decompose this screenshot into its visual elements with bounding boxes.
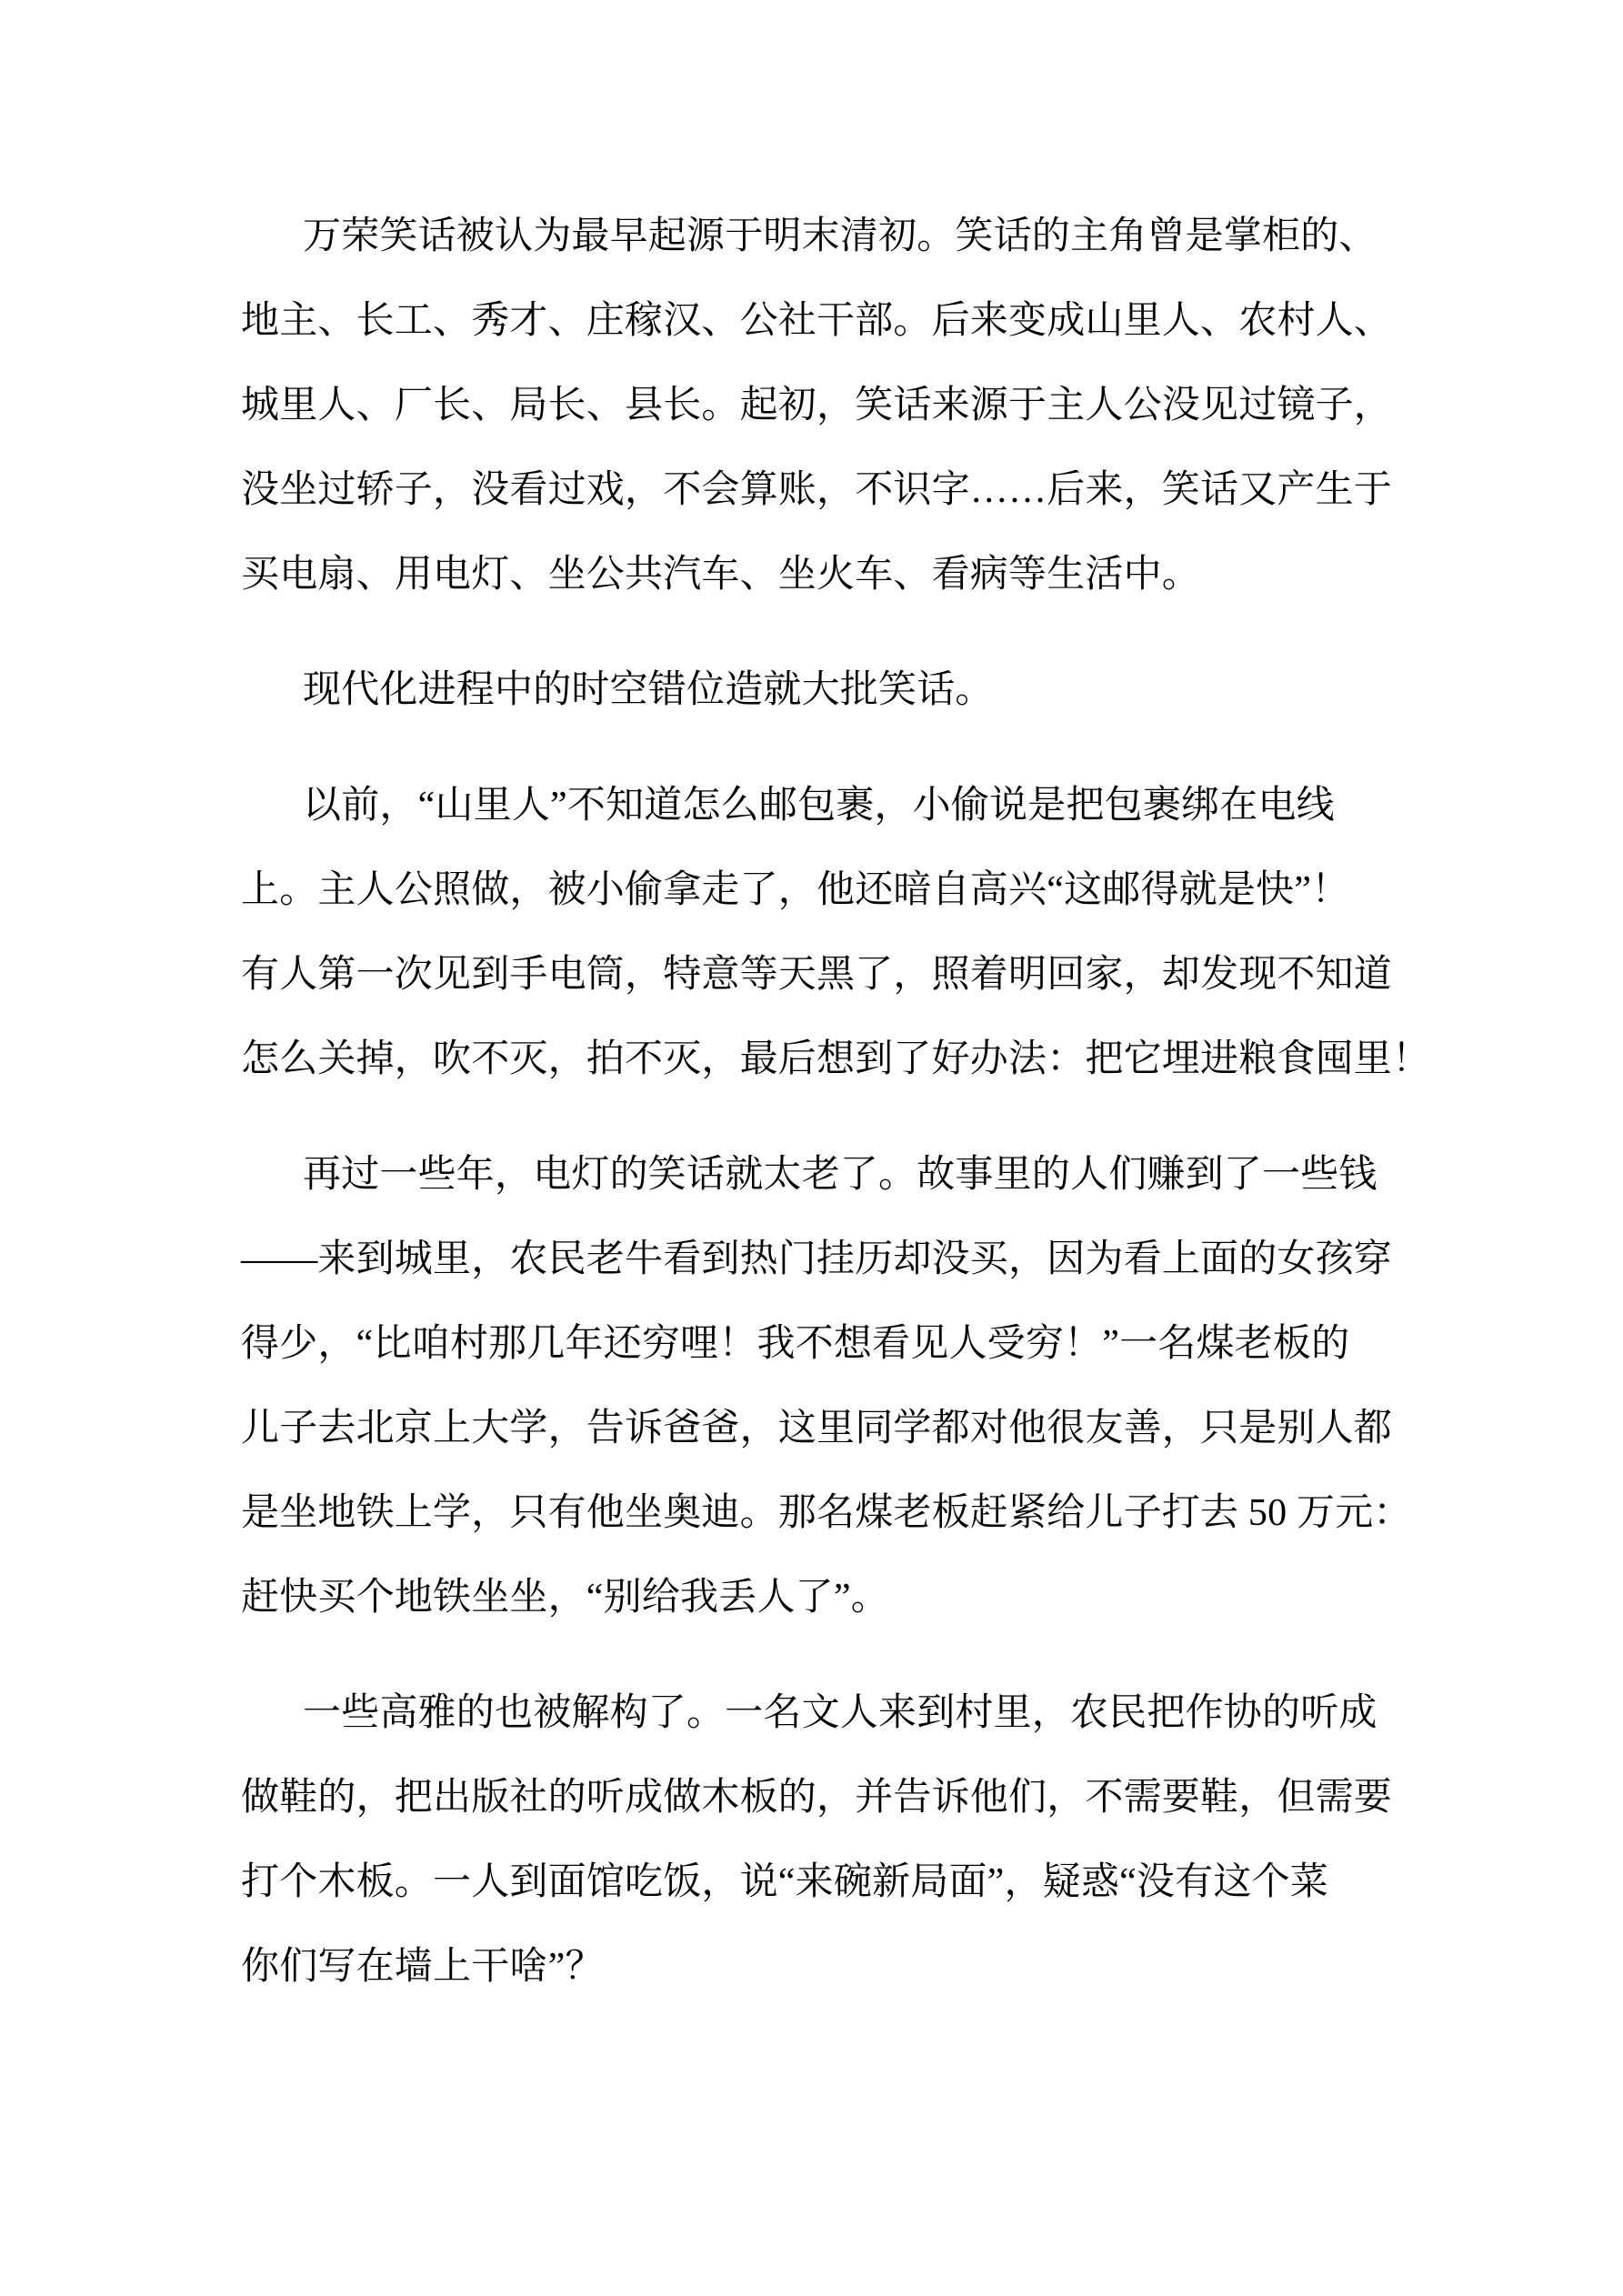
text-line: 地主、长工、秀才、庄稼汉、公社干部。后来变成山里人、农村人、 xyxy=(241,279,1405,364)
text-line: 没坐过轿子，没看过戏，不会算账，不识字……后来，笑话又产生于 xyxy=(241,448,1405,533)
text-line: 上。主人公照做，被小偷拿走了，他还暗自高兴“这邮得就是快”！ xyxy=(241,848,1405,933)
text-line: 再过一些年，电灯的笑话就太老了。故事里的人们赚到了一些钱 xyxy=(241,1133,1405,1218)
text-line: 赶快买个地铁坐坐，“别给我丢人了”。 xyxy=(241,1556,1405,1640)
paragraph: 现代化进程中的时空错位造就大批笑话。 xyxy=(241,648,1405,733)
text-line: 你们写在墙上干啥”？ xyxy=(241,1925,1405,2010)
document-page: 万荣笑话被认为最早起源于明末清初。笑话的主角曾是掌柜的、地主、长工、秀才、庄稼汉… xyxy=(0,0,1623,2296)
text-line: 怎么关掉，吹不灭，拍不灭，最后想到了好办法：把它埋进粮食囤里！ xyxy=(241,1018,1405,1102)
paragraph: 以前，“山里人”不知道怎么邮包裹，小偷说是把包裹绑在电线上。主人公照做，被小偷拿… xyxy=(241,764,1405,1102)
text-line: 一些高雅的也被解构了。一名文人来到村里，农民把作协的听成 xyxy=(241,1671,1405,1756)
text-line: 买电扇、用电灯、坐公共汽车、坐火车、看病等生活中。 xyxy=(241,533,1405,617)
paragraph: 再过一些年，电灯的笑话就太老了。故事里的人们赚到了一些钱——来到城里，农民老牛看… xyxy=(241,1133,1405,1640)
document-body: 万荣笑话被认为最早起源于明末清初。笑话的主角曾是掌柜的、地主、长工、秀才、庄稼汉… xyxy=(241,195,1405,2010)
paragraph: 万荣笑话被认为最早起源于明末清初。笑话的主角曾是掌柜的、地主、长工、秀才、庄稼汉… xyxy=(241,195,1405,617)
paragraph: 一些高雅的也被解构了。一名文人来到村里，农民把作协的听成做鞋的，把出版社的听成做… xyxy=(241,1671,1405,2010)
text-line: 万荣笑话被认为最早起源于明末清初。笑话的主角曾是掌柜的、 xyxy=(241,195,1405,279)
text-line: 得少，“比咱村那几年还穷哩！我不想看见人受穷！”一名煤老板的 xyxy=(241,1302,1405,1387)
text-line: 以前，“山里人”不知道怎么邮包裹，小偷说是把包裹绑在电线 xyxy=(241,764,1405,848)
text-line: ——来到城里，农民老牛看到热门挂历却没买，因为看上面的女孩穿 xyxy=(241,1218,1405,1302)
text-line: 城里人、厂长、局长、县长。起初，笑话来源于主人公没见过镜子， xyxy=(241,364,1405,448)
text-line: 现代化进程中的时空错位造就大批笑话。 xyxy=(241,648,1405,733)
text-line: 儿子去北京上大学，告诉爸爸，这里同学都对他很友善，只是别人都 xyxy=(241,1387,1405,1471)
text-line: 是坐地铁上学，只有他坐奥迪。那名煤老板赶紧给儿子打去 50 万元： xyxy=(241,1471,1405,1556)
text-line: 做鞋的，把出版社的听成做木板的，并告诉他们，不需要鞋，但需要 xyxy=(241,1756,1405,1840)
text-line: 打个木板。一人到面馆吃饭，说“来碗新局面”，疑惑“没有这个菜 xyxy=(241,1840,1405,1925)
text-line: 有人第一次见到手电筒，特意等天黑了，照着明回家，却发现不知道 xyxy=(241,933,1405,1018)
